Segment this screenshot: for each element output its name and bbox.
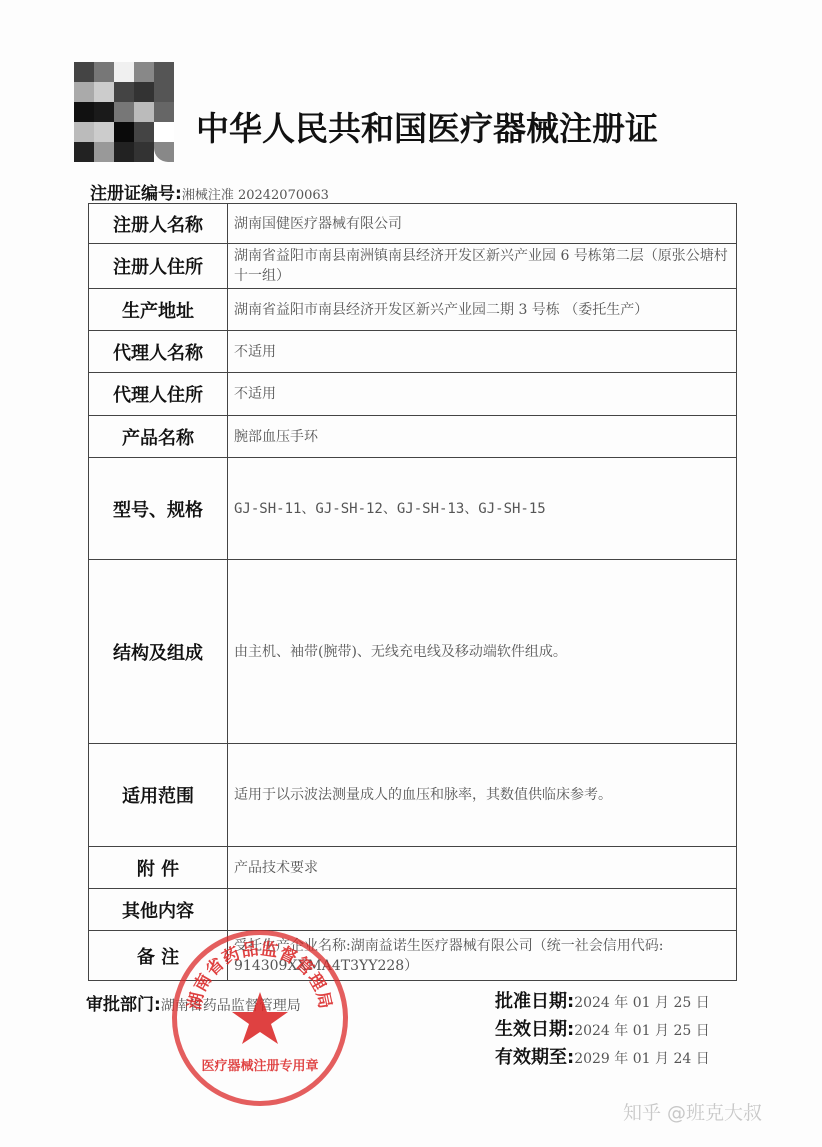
row-value: 受托生产企业名称:湖南益诺生医疗器械有限公司（统一社会信用代码: 914309X… [228,931,737,981]
row-value: 腕部血压手环 [228,416,737,458]
date-value: 2029 年 01 月 24 日 [574,1051,710,1067]
row-label: 注册人名称 [89,204,228,244]
date-value: 2024 年 01 月 25 日 [574,995,710,1011]
row-value: 产品技术要求 [228,847,737,889]
approval-department-value: 湖南省药品监督管理局 [161,998,301,1014]
row-label: 代理人名称 [89,331,228,373]
row-label: 备 注 [89,931,228,981]
table-row: 生产地址 湖南省益阳市南县经济开发区新兴产业园二期 3 号栋 （委托生产） [89,289,737,331]
qr-code-pixelated [74,62,174,162]
row-label: 附 件 [89,847,228,889]
row-label: 结构及组成 [89,560,228,744]
table-row: 适用范围 适用于以示波法测量成人的血压和脉率，其数值供临床参考。 [89,744,737,847]
row-value: 适用于以示波法测量成人的血压和脉率，其数值供临床参考。 [228,744,737,847]
registration-number-value: 湘械注准 20242070063 [182,188,329,203]
registration-number-label: 注册证编号: [90,184,182,204]
certificate-table: 注册人名称 湖南国健医疗器械有限公司 注册人住所 湖南省益阳市南县南洲镇南县经济… [88,203,737,981]
approval-date: 批准日期:2024 年 01 月 25 日 [495,987,710,1015]
row-value: 湖南国健医疗器械有限公司 [228,204,737,244]
effective-date: 生效日期:2024 年 01 月 25 日 [495,1015,710,1043]
approval-department-label: 审批部门: [86,995,161,1015]
seal-inner-text: 医疗器械注册专用章 [201,1058,318,1074]
registration-number: 注册证编号:湘械注准 20242070063 [90,179,329,204]
date-value: 2024 年 01 月 25 日 [574,1023,710,1039]
row-value: 不适用 [228,331,737,373]
row-value: 湖南省益阳市南县南洲镇南县经济开发区新兴产业园 6 号栋第二层（原张公塘村十一组… [228,244,737,289]
approval-department: 审批部门:湖南省药品监督管理局 [86,990,301,1015]
table-row: 型号、规格 GJ-SH-11、GJ-SH-12、GJ-SH-13、GJ-SH-1… [89,458,737,560]
row-label: 其他内容 [89,889,228,931]
row-label: 型号、规格 [89,458,228,560]
table-row: 其他内容 [89,889,737,931]
row-label: 注册人住所 [89,244,228,289]
row-value: GJ-SH-11、GJ-SH-12、GJ-SH-13、GJ-SH-15 [228,458,737,560]
table-row: 备 注 受托生产企业名称:湖南益诺生医疗器械有限公司（统一社会信用代码: 914… [89,931,737,981]
table-row: 代理人住所 不适用 [89,373,737,416]
row-label: 适用范围 [89,744,228,847]
table-row: 产品名称 腕部血压手环 [89,416,737,458]
table-row: 注册人住所 湖南省益阳市南县南洲镇南县经济开发区新兴产业园 6 号栋第二层（原张… [89,244,737,289]
table-row: 附 件 产品技术要求 [89,847,737,889]
date-label: 生效日期: [495,1019,574,1040]
row-value [228,889,737,931]
row-label: 生产地址 [89,289,228,331]
row-value: 湖南省益阳市南县经济开发区新兴产业园二期 3 号栋 （委托生产） [228,289,737,331]
document-title: 中华人民共和国医疗器械注册证 [196,103,658,150]
date-label: 有效期至: [495,1047,574,1068]
dates-block: 批准日期:2024 年 01 月 25 日 生效日期:2024 年 01 月 2… [495,987,710,1071]
expiry-date: 有效期至:2029 年 01 月 24 日 [495,1043,710,1071]
table-row: 结构及组成 由主机、袖带(腕带)、无线充电线及移动端软件组成。 [89,560,737,744]
row-value: 由主机、袖带(腕带)、无线充电线及移动端软件组成。 [228,560,737,744]
table-row: 注册人名称 湖南国健医疗器械有限公司 [89,204,737,244]
row-label: 代理人住所 [89,373,228,416]
row-value: 不适用 [228,373,737,416]
table-row: 代理人名称 不适用 [89,331,737,373]
watermark: 知乎 @班克大叔 [623,1098,762,1125]
date-label: 批准日期: [495,991,574,1012]
row-label: 产品名称 [89,416,228,458]
